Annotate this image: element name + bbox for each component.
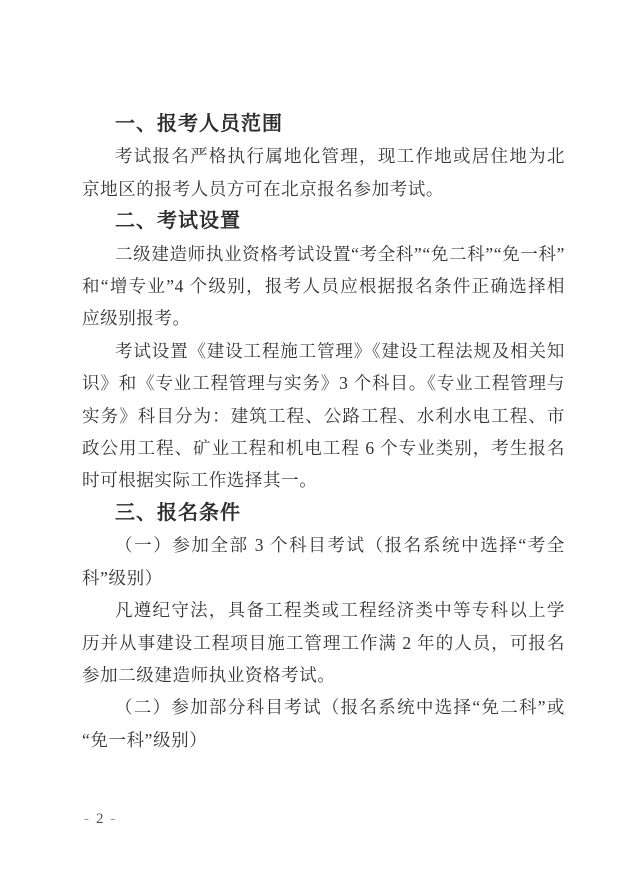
paragraph-condition-1-title: （一）参加全部 3 个科目考试（报名系统中选择“考全科”级别） — [82, 529, 565, 594]
paragraph-exam-subjects: 考试设置《建设工程施工管理》《建设工程法规及相关知识》和《专业工程管理与实务》3… — [82, 335, 565, 497]
section-heading-registration-conditions: 三、报名条件 — [82, 497, 565, 529]
paragraph-condition-2-title: （二）参加部分科目考试（报名系统中选择“免二科”或“免一科”级别） — [82, 691, 565, 756]
paragraph-condition-1-detail: 凡遵纪守法，具备工程类或工程经济类中等专科以上学历并从事建设工程项目施工管理工作… — [82, 594, 565, 691]
paragraph-exam-levels: 二级建造师执业资格考试设置“考全科”“免二科”“免一科”和“增专业”4 个级别，… — [82, 238, 565, 335]
section-heading-applicant-scope: 一、报考人员范围 — [82, 108, 565, 140]
page-footer: -2- — [84, 809, 116, 829]
page-number-dash-right: - — [111, 811, 116, 827]
page-number-dash-left: - — [84, 811, 89, 827]
paragraph-applicant-scope: 考试报名严格执行属地化管理，现工作地或居住地为北京地区的报考人员方可在北京报名参… — [82, 140, 565, 205]
document-body: 一、报考人员范围 考试报名严格执行属地化管理，现工作地或居住地为北京地区的报考人… — [82, 108, 565, 756]
document-page: 一、报考人员范围 考试报名严格执行属地化管理，现工作地或居住地为北京地区的报考人… — [0, 0, 628, 886]
page-number: 2 — [96, 811, 104, 827]
section-heading-exam-setup: 二、考试设置 — [82, 205, 565, 237]
